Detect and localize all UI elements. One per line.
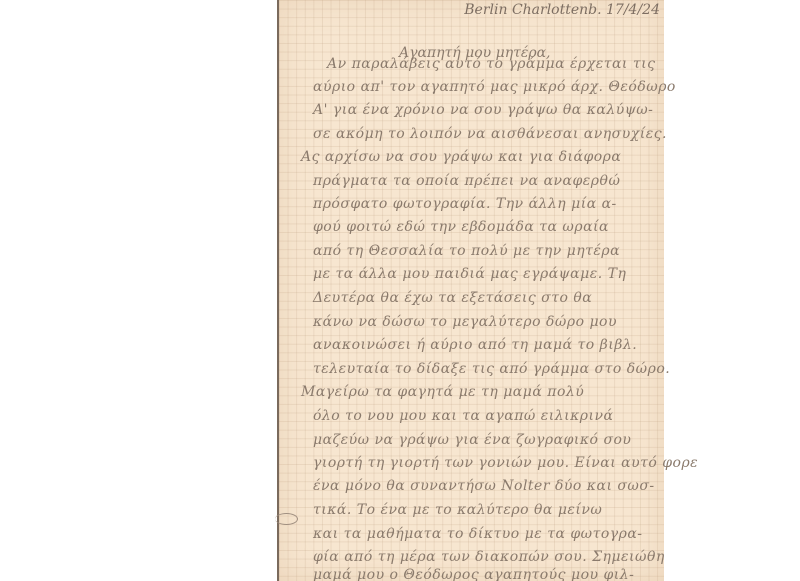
letter-line: όλο το νου μου και τα αγαπώ ειλικρινά [279,408,698,424]
letter-line: ανακοινώσει ή αύριο από τη μαμά το βιβλ. [279,337,698,353]
letter-line: γιορτή τη γιορτή των γονιών μου. Είναι α… [279,455,698,471]
letter-line: πρόσφατο φωτογραφία. Την άλλη μία α- [279,196,698,212]
letter-line: Α' για ένα χρόνιο να σου γράψω θα καλύψω… [279,102,698,118]
letter-line: μαμά μου ο Θεόδωρος αγαπητούς μου φιλ- [279,567,698,581]
letter-line: φού φοιτώ εδώ την εβδομάδα τα ωραία [279,219,698,235]
letter-line: ένα μόνο θα συναντήσω Nolter δύο και σωσ… [279,478,698,494]
letter-line: και τα μαθήματα το δίκτυο με τα φωτογρα- [279,526,698,542]
letter-dateline: Berlin Charlottenb. 17/4/24 [464,2,660,18]
letter-line: κάνω να δώσω το μεγαλύτερο δώρο μου [279,314,698,330]
letter-line: μαζεύω να γράψω για ένα ζωγραφικό σου [279,432,698,448]
letter-line: τικά. Το ένα με το καλύτερο θα μείνω [279,502,698,518]
letter-line: σε ακόμη το λοιπόν να αισθάνεσαι ανησυχί… [279,126,698,142]
letter-line: τελευταία το δίδαξε τις από γράμμα στο δ… [279,361,698,377]
letter-line: Δευτέρα θα έχω τα εξετάσεις στο θα [279,290,698,306]
letter-line: Αν παραλάβεις αυτό το γράμμα έρχεται τις [279,56,712,72]
letter-line: αύριο απ' τον αγαπητό μας μικρό άρχ. Θεό… [279,79,698,95]
letter-line: πράγματα τα οποία πρέπει να αναφερθώ [279,173,698,189]
margin-mark [275,513,298,525]
letter-line: φία από τη μέρα των διακοπών σου. Σημειώ… [279,549,698,565]
letter-line: από τη Θεσσαλία το πολύ με την μητέρα [279,243,698,259]
letter-line: με τα άλλα μου παιδιά μας εγράψαμε. Τη [279,266,698,282]
letter-line: Ας αρχίσω να σου γράψω και για διάφορα [279,149,686,165]
letter-page: Berlin Charlottenb. 17/4/24 Αγαπητή μου … [277,0,664,581]
letter-line: Μαγείρω τα φαγητά με τη μαμά πολύ [279,384,686,400]
